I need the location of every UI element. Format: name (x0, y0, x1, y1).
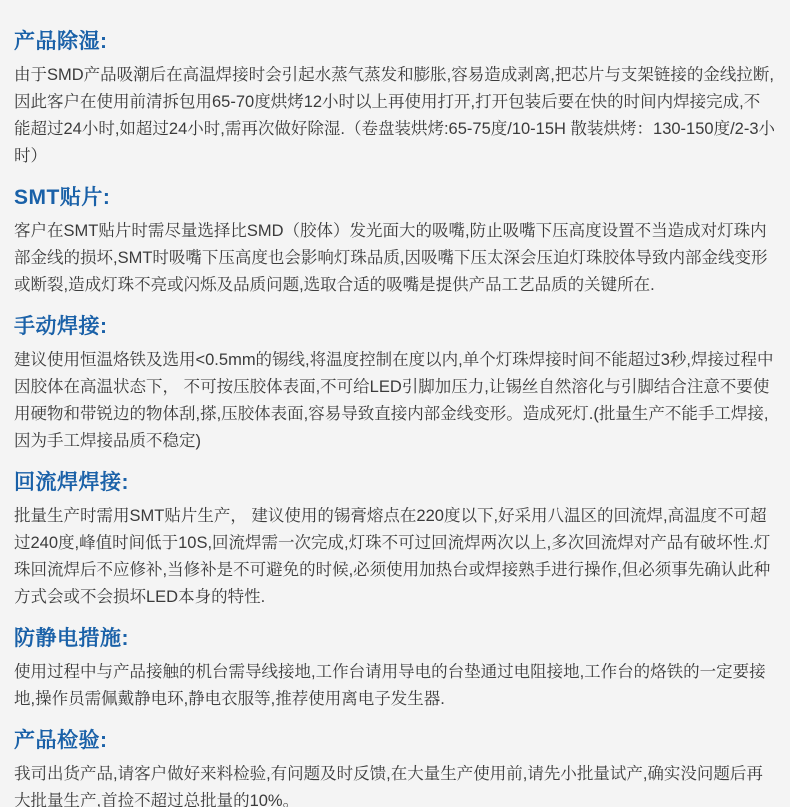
section-body-product-dehumidification: 由于SMD产品吸潮后在高温焊接时会引起水蒸气蒸发和膨胀,容易造成剥离,把芯片与支… (14, 62, 776, 170)
section-title-smt-placement: SMT贴片: (14, 184, 776, 212)
section-body-antistatic-measures: 使用过程中与产品接触的机台需导线接地,工作台请用导电的台垫通过电阻接地,工作台的… (14, 659, 776, 713)
section-product-inspection: 产品检验: 我司出货产品,请客户做好来料检验,有问题及时反馈,在大量生产使用前,… (14, 727, 776, 807)
section-body-reflow-soldering: 批量生产时需用SMT贴片生产， 建议使用的锡膏熔点在220度以下,好采用八温区的… (14, 503, 776, 611)
section-smt-placement: SMT贴片: 客户在SMT贴片时需尽量选择比SMD（胶体）发光面大的吸嘴,防止吸… (14, 184, 776, 299)
section-title-manual-soldering: 手动焊接: (14, 313, 776, 341)
section-title-product-dehumidification: 产品除湿: (14, 28, 776, 56)
section-product-dehumidification: 产品除湿: 由于SMD产品吸潮后在高温焊接时会引起水蒸气蒸发和膨胀,容易造成剥离… (14, 28, 776, 170)
section-antistatic-measures: 防静电措施: 使用过程中与产品接触的机台需导线接地,工作台请用导电的台垫通过电阻… (14, 625, 776, 713)
section-title-antistatic-measures: 防静电措施: (14, 625, 776, 653)
section-reflow-soldering: 回流焊焊接: 批量生产时需用SMT贴片生产， 建议使用的锡膏熔点在220度以下,… (14, 469, 776, 611)
section-body-product-inspection: 我司出货产品,请客户做好来料检验,有问题及时反馈,在大量生产使用前,请先小批量试… (14, 761, 776, 807)
product-usage-instructions-document: 产品除湿: 由于SMD产品吸潮后在高温焊接时会引起水蒸气蒸发和膨胀,容易造成剥离… (0, 0, 790, 807)
section-manual-soldering: 手动焊接: 建议使用恒温烙铁及选用<0.5mm的锡线,将温度控制在度以内,单个灯… (14, 313, 776, 455)
section-body-manual-soldering: 建议使用恒温烙铁及选用<0.5mm的锡线,将温度控制在度以内,单个灯珠焊接时间不… (14, 347, 776, 455)
section-title-product-inspection: 产品检验: (14, 727, 776, 755)
section-title-reflow-soldering: 回流焊焊接: (14, 469, 776, 497)
section-body-smt-placement: 客户在SMT贴片时需尽量选择比SMD（胶体）发光面大的吸嘴,防止吸嘴下压高度设置… (14, 218, 776, 299)
